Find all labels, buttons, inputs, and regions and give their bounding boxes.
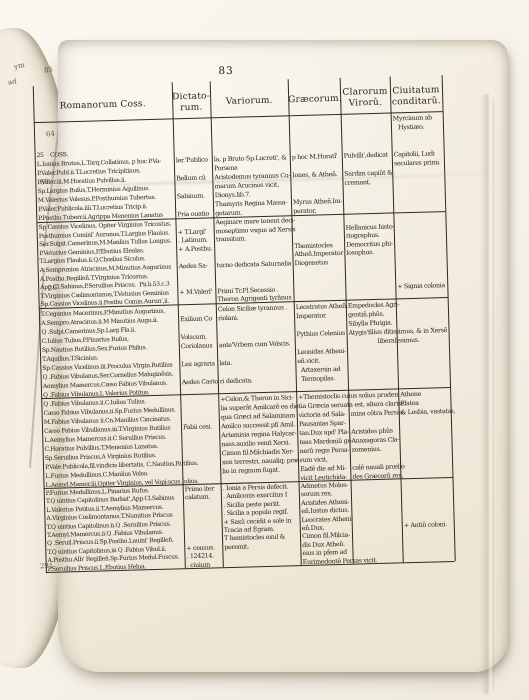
table-text-line: Pria ouatio (177, 209, 212, 219)
table-cell-r4-romanorum: Q .Fabius Vibulanus.ii.C.Iulius Tulius.C… (43, 396, 181, 487)
table-text-line (345, 205, 392, 215)
table-cell-r4-variorum: +Celon,& Theron in Sici-lia superât Amil… (220, 393, 297, 482)
table-text-line (225, 559, 300, 569)
table-cell-r5-clarorum (353, 480, 402, 562)
table-cell-r5-graecorum: Admetus Molos-sorum rex.Aristides Atheni… (301, 482, 352, 564)
table-cell-r3-civitatum (398, 299, 449, 387)
page-number: 83 (218, 65, 234, 77)
table-text-line: Exilium Co (180, 314, 215, 324)
table-text-line: + Antiû coloni. (404, 521, 453, 531)
table-cell-r4-dictatorum: Fabii cesi. (182, 395, 219, 483)
table-text-line: liberalissimus. (349, 336, 396, 346)
table-cell-r3-graecorum: Leostratus Atheñ.Imperator. Pythius Cele… (296, 302, 347, 390)
table-cell-r3-dictatorum: Exilium Co Volscum.Coriolanus Lex agrari… (180, 305, 217, 393)
table-cell-r3-variorum: Celon Siciliæ tyrannus .riolani. ante'Vr… (218, 303, 295, 392)
table-text-line: Iones, & Atheñ. (292, 170, 341, 180)
table-text-line: Leocrates Atheni- (301, 515, 350, 525)
table-text-line (405, 554, 454, 564)
table-text-line: + M.Valerî' (179, 288, 214, 298)
table-text-line: + Signia colonia (397, 282, 446, 292)
table-cell-r4-graecorum: +Themistoclis cuius solius prudentia Græ… (298, 392, 349, 480)
table-text-line: & Lesbia, vastatæ, (401, 407, 450, 417)
table-text-line: Pythius Celenius (296, 329, 345, 339)
table-text-line: Aedes Casto (182, 377, 217, 387)
table-cell-r4-clarorum: mina cõtra Persas Aristides phûsAnaxagor… (350, 390, 399, 478)
table-cell-r1-dictatorum: ler.'Publico Bellum cû Sabinum. Pria oua… (175, 119, 213, 217)
table-cell-r4-civitatum: AthenePlatea& Lesbia, vastatæ, (400, 389, 451, 477)
table-cell-r2-graecorum: ThemistoclesAtheñ.ImperatorDiogenetus (293, 216, 344, 300)
table-text-line: Coriolanus (181, 341, 216, 351)
table-text-line: perator, (293, 206, 342, 216)
table-text-line: seculares primi. (394, 158, 443, 168)
table-cell-r1-graecorum: p hoc M.Horatî' Iones, & Atheñ. Myrus At… (291, 116, 343, 214)
table-text-line (395, 203, 444, 213)
column-header-variorum: Variorum. (210, 95, 288, 108)
edge-fragment: ad (7, 77, 17, 86)
table-cell-r2-variorum: Aeginare mare tenent deci-moseptimo vsqu… (215, 217, 292, 302)
table-text-line: mina cõtra Persas (351, 408, 398, 418)
column-header-graecorum: Græcorum. (288, 94, 340, 106)
table-cell-r1-clarorum: Pulvilli',dedicat Sardim capiût &cremant… (343, 115, 393, 213)
column-header-dictatorum: Dictato- rum. (172, 91, 211, 113)
column-header-romanorum: Romanorum Coss. (33, 98, 172, 112)
table-cell-r1-variorum: la, p Bruto Sp.Lucreti', &PorsenaAristod… (213, 117, 291, 216)
table-cell-r2-clarorum: Hellanicus histo-riographus.Democritus p… (345, 214, 394, 298)
printed-block: 83 Romanorum Coss.Dictato- rum.Variorum.… (32, 59, 455, 576)
column-header-clarorum: Clarorum Virorû. (340, 87, 391, 109)
table-text-line (355, 556, 402, 566)
table-text-line: Pulvilli',dedicat (344, 151, 391, 161)
table-cell-r5-dictatorum: Primo itercalatum. + census.. 124214.. c… (185, 485, 222, 567)
table-cell-r3-romanorum: T.Ceganius Macerinus,P.Minutius Augurinu… (41, 306, 179, 397)
table-cell-r1-romanorum: 25 COSS.L.Iunius Brutus,L.Tarq.Collatinu… (36, 120, 175, 221)
table-text-line: Myrus Atheñ.Im- (293, 197, 342, 207)
table-cell-r2-dictatorum: + T.Largî'. Latinum.+ A.Posthu. Aedes Sa… (177, 219, 214, 303)
table-text-line: Lex agraria (181, 359, 216, 369)
table-text-line: Leonidas Atheni- (297, 347, 346, 357)
table-text-line: . ciuium (187, 561, 222, 570)
table-cell-r1-civitatum: Myrcinum ab Hystiæo. Capitolii, Ludisecu… (393, 113, 445, 211)
column-header-civitatum: Ciuitatum conditarû. (390, 85, 443, 107)
table-text-line: + A.Posthu. (178, 245, 213, 255)
book-photo: { "photo": { "page_number": "83", "edge_… (0, 0, 529, 700)
table-cell-r2-romanorum: Sp Cassius Vicelinus, Opiter Virginius T… (38, 220, 176, 307)
table-cell-r5-romanorum: P.Furius Medullinus,L.Pinarius Rufus.T.Q… (46, 486, 184, 571)
table-text-line: ler.'Publico (176, 155, 211, 165)
table-cell-r3-clarorum: Empedocles Agri-gentiñ.phûs.Sibylla Phri… (348, 300, 397, 388)
table-text-line: Eurimedontê Persas vicit. (303, 557, 352, 567)
table-cell-r2-civitatum: + Signia colonia (395, 213, 446, 297)
page-deckle-edge (480, 94, 494, 694)
table-text-line: p hoc M.Horatî' (292, 152, 341, 162)
table-cell-r5-variorum: . Ionia a Persis defecit.. Amilconis exe… (223, 483, 300, 566)
table-cell-r5-civitatum: + Antiû coloni. (403, 479, 454, 561)
